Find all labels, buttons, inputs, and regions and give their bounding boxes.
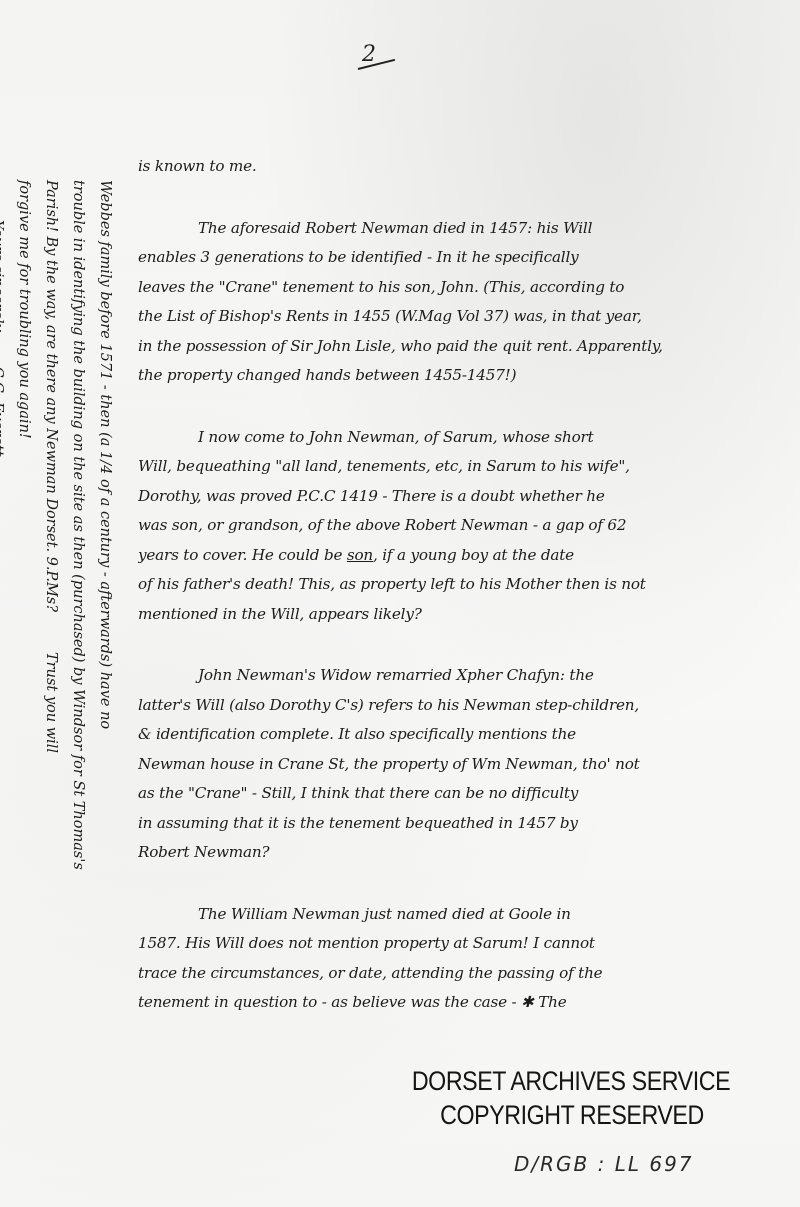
text-line: The William Newman just named died at Go… bbox=[138, 900, 788, 930]
margin-note-line: Webbes family before 1571 - then (a 1/4 … bbox=[91, 180, 118, 1040]
letter-body: is known to me. The aforesaid Robert New… bbox=[138, 152, 788, 1018]
text-line: & identification complete. It also speci… bbox=[138, 720, 788, 750]
text-line: Will, bequeathing "all land, tenements, … bbox=[138, 452, 788, 482]
text-line: in assuming that it is the tenement bequ… bbox=[138, 809, 788, 839]
rotated-margin-note: Webbes family before 1571 - then (a 1/4 … bbox=[0, 180, 118, 1040]
paragraph-william-newman: The William Newman just named died at Go… bbox=[138, 900, 788, 1018]
text-line: enables 3 generations to be identified -… bbox=[138, 243, 788, 273]
text-line: as the "Crane" - Still, I think that the… bbox=[138, 779, 788, 809]
stamp-archive-name: DORSET ARCHIVES SERVICE bbox=[374, 1064, 768, 1098]
paragraph-widow-remarried: John Newman's Widow remarried Xpher Chaf… bbox=[138, 661, 788, 868]
text-line: was son, or grandson, of the above Rober… bbox=[138, 511, 788, 541]
paragraph-gap bbox=[138, 868, 788, 900]
text-line: Robert Newman? bbox=[138, 838, 788, 868]
signature-row: Yours sincerely C.G. Everett. bbox=[0, 180, 10, 1040]
text-line: 1587. His Will does not mention property… bbox=[138, 929, 788, 959]
margin-note-line: trouble in identifying the building on t… bbox=[64, 180, 91, 1040]
paragraph-gap bbox=[138, 629, 788, 661]
margin-note-line: forgive me for troubling you again! bbox=[10, 180, 37, 1040]
text-line: in the possession of Sir John Lisle, who… bbox=[138, 332, 788, 362]
text-line: The aforesaid Robert Newman died in 1457… bbox=[138, 214, 788, 244]
underlined-word: son bbox=[347, 546, 373, 564]
archive-copyright-stamp: DORSET ARCHIVES SERVICE COPYRIGHT RESERV… bbox=[400, 1064, 800, 1132]
margin-note-text: Parish! By the way, are there any Newman… bbox=[43, 180, 59, 612]
text-line: Newman house in Crane St, the property o… bbox=[138, 750, 788, 780]
paragraph-robert-newman: The aforesaid Robert Newman died in 1457… bbox=[138, 214, 788, 391]
text-line: mentioned in the Will, appears likely? bbox=[138, 600, 788, 630]
archive-reference-number: D/RGB : LL 697 bbox=[514, 1152, 694, 1176]
text-line: latter's Will (also Dorothy C's) refers … bbox=[138, 691, 788, 721]
valediction: Yours sincerely bbox=[0, 220, 5, 332]
paragraph-gap bbox=[138, 182, 788, 214]
text-line: John Newman's Widow remarried Xpher Chaf… bbox=[138, 661, 788, 691]
text-line: Dorothy, was proved P.C.C 1419 - There i… bbox=[138, 482, 788, 512]
text-line-with-underline: years to cover. He could be son, if a yo… bbox=[138, 541, 788, 571]
paragraph-gap bbox=[138, 391, 788, 423]
text-line: trace the circumstances, or date, attend… bbox=[138, 959, 788, 989]
margin-note-line: Parish! By the way, are there any Newman… bbox=[37, 180, 64, 1040]
text-line: of his father's death! This, as property… bbox=[138, 570, 788, 600]
text-line: tenement in question to - as believe was… bbox=[138, 988, 788, 1018]
stamp-copyright: COPYRIGHT RESERVED bbox=[376, 1098, 768, 1132]
closing-text: Trust you will bbox=[43, 652, 59, 753]
paragraph-john-newman: I now come to John Newman, of Sarum, who… bbox=[138, 423, 788, 630]
text-line: I now come to John Newman, of Sarum, who… bbox=[138, 423, 788, 453]
signature: C.G. Everett. bbox=[0, 366, 10, 461]
text-line: leaves the "Crane" tenement to his son, … bbox=[138, 273, 788, 303]
opening-line: is known to me. bbox=[138, 152, 788, 182]
text-line: the property changed hands between 1455-… bbox=[138, 361, 788, 391]
text-line: the List of Bishop's Rents in 1455 (W.Ma… bbox=[138, 302, 788, 332]
